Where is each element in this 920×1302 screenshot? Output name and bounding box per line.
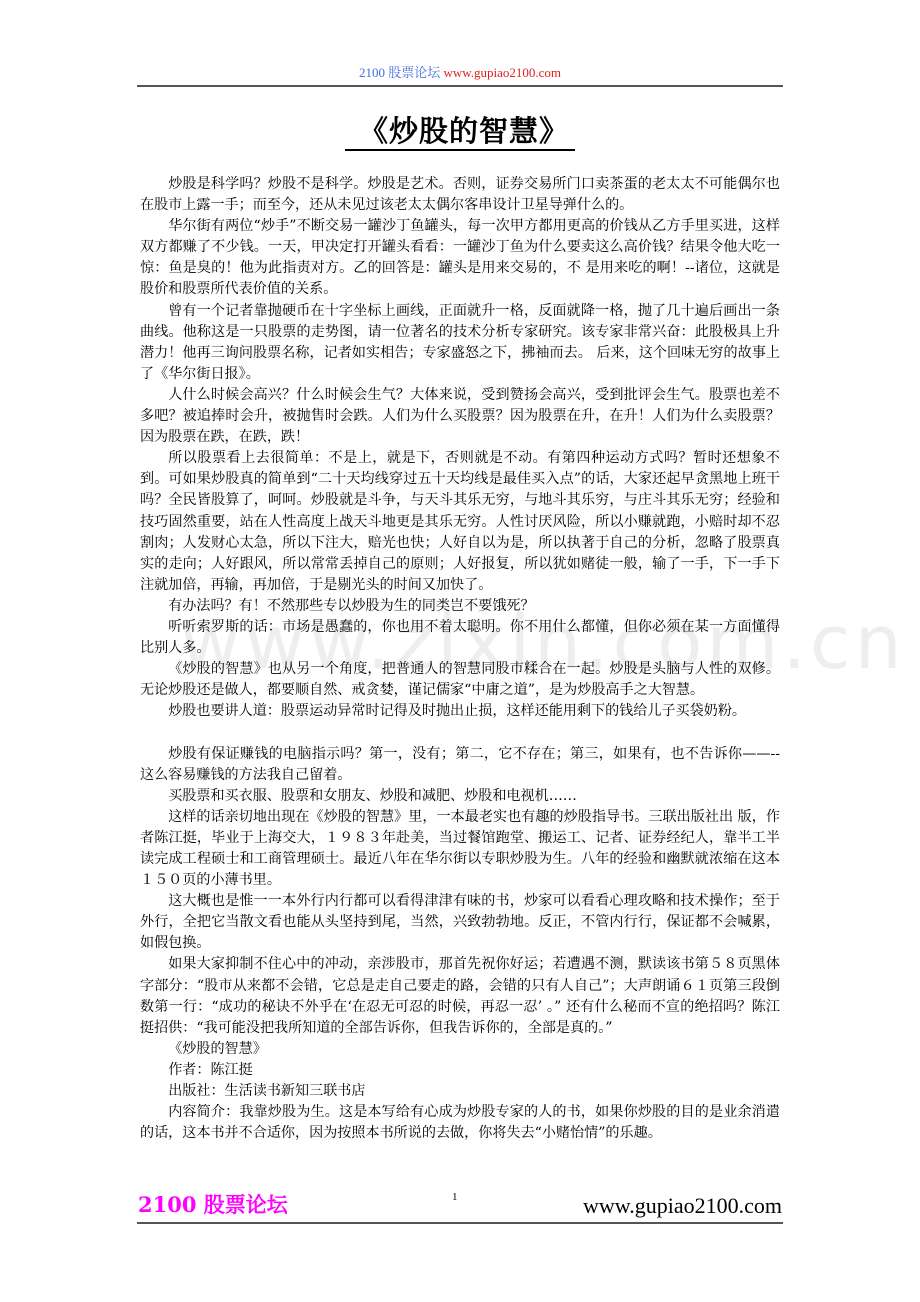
header-rule: [137, 85, 783, 87]
document-title: 《炒股的智慧》: [345, 113, 575, 151]
footer-url[interactable]: www.gupiao2100.com: [583, 1192, 782, 1220]
footer-rule: [137, 1222, 783, 1224]
paragraph: 炒股也要讲人道：股票运动异常时记得及时抛出止损，这样还能用剩下的钱给儿子买袋奶粉…: [140, 701, 780, 722]
book-publisher-line: 出版社：生活读书新知三联书店: [140, 1081, 780, 1102]
page-number: 1: [452, 1190, 458, 1204]
book-summary: 内容简介：我靠炒股为生。这是本写给有心成为炒股专家的人的书，如果你炒股的目的是业…: [140, 1102, 780, 1144]
paragraph: 买股票和买衣服、股票和女朋友、炒股和减肥、炒股和电视机……: [140, 786, 780, 807]
book-title-line: 《炒股的智慧》: [140, 1039, 780, 1060]
paragraph: 炒股是科学吗？炒股不是科学。炒股是艺术。否则，证券交易所门口卖茶蛋的老太太不可能…: [140, 174, 780, 216]
header-url[interactable]: www.gupiao2100.com: [443, 65, 561, 80]
paragraph: 如果大家抑制不住心中的冲动，亲涉股市，那首先祝你好运；若遭遇不测，默读该书第５８…: [140, 954, 780, 1038]
paragraph: 炒股有保证赚钱的电脑指示吗？第一，没有；第二，它不存在；第三，如果有，也不告诉你…: [140, 744, 780, 786]
paragraph: 《炒股的智慧》也从另一个角度，把普通人的智慧同股市糅合在一起。炒股是头脑与人性的…: [140, 659, 780, 701]
paragraph: 听听索罗斯的话：市场是愚蠢的，你也用不着太聪明。你不用什么都懂，但你必须在某一方…: [140, 617, 780, 659]
blank-line: [140, 722, 780, 743]
paragraph: 曾有一个记者靠抛硬币在十字坐标上画线，正面就升一格，反面就降一格，抛了几十遍后画…: [140, 301, 780, 385]
document-body: 炒股是科学吗？炒股不是科学。炒股是艺术。否则，证券交易所门口卖茶蛋的老太太不可能…: [140, 174, 780, 1144]
paragraph: 人什么时候会高兴？什么时候会生气？大体来说，受到赞扬会高兴，受到批评会生气。股票…: [140, 385, 780, 448]
paragraph: 有办法吗？有！不然那些专以炒股为生的同类岂不要饿死？: [140, 596, 780, 617]
paragraph: 这大概也是惟一一本外行内行都可以看得津津有味的书，炒家可以看看心理攻略和技术操作…: [140, 891, 780, 954]
document-page: 2100 股票论坛 www.gupiao2100.com 《炒股的智慧》 www…: [0, 0, 920, 1302]
book-author-line: 作者：陈江挺: [140, 1060, 780, 1081]
paragraph: 华尔街有两位“炒手”不断交易一罐沙丁鱼罐头，每一次甲方都用更高的价钱从乙方手里买…: [140, 216, 780, 300]
header-forum-name: 2100 股票论坛: [359, 65, 440, 80]
paragraph: 所以股票看上去很简单：不是上，就是下，否则就是不动。有第四种运动方式吗？暂时还想…: [140, 448, 780, 596]
paragraph: 这样的话亲切地出现在《炒股的智慧》里，一本最老实也有趣的炒股指导书。三联出版社出…: [140, 807, 780, 891]
page-header: 2100 股票论坛 www.gupiao2100.com: [137, 64, 783, 82]
footer-forum-name: 2100 股票论坛: [138, 1191, 288, 1219]
title-wrapper: 《炒股的智慧》: [0, 113, 920, 151]
